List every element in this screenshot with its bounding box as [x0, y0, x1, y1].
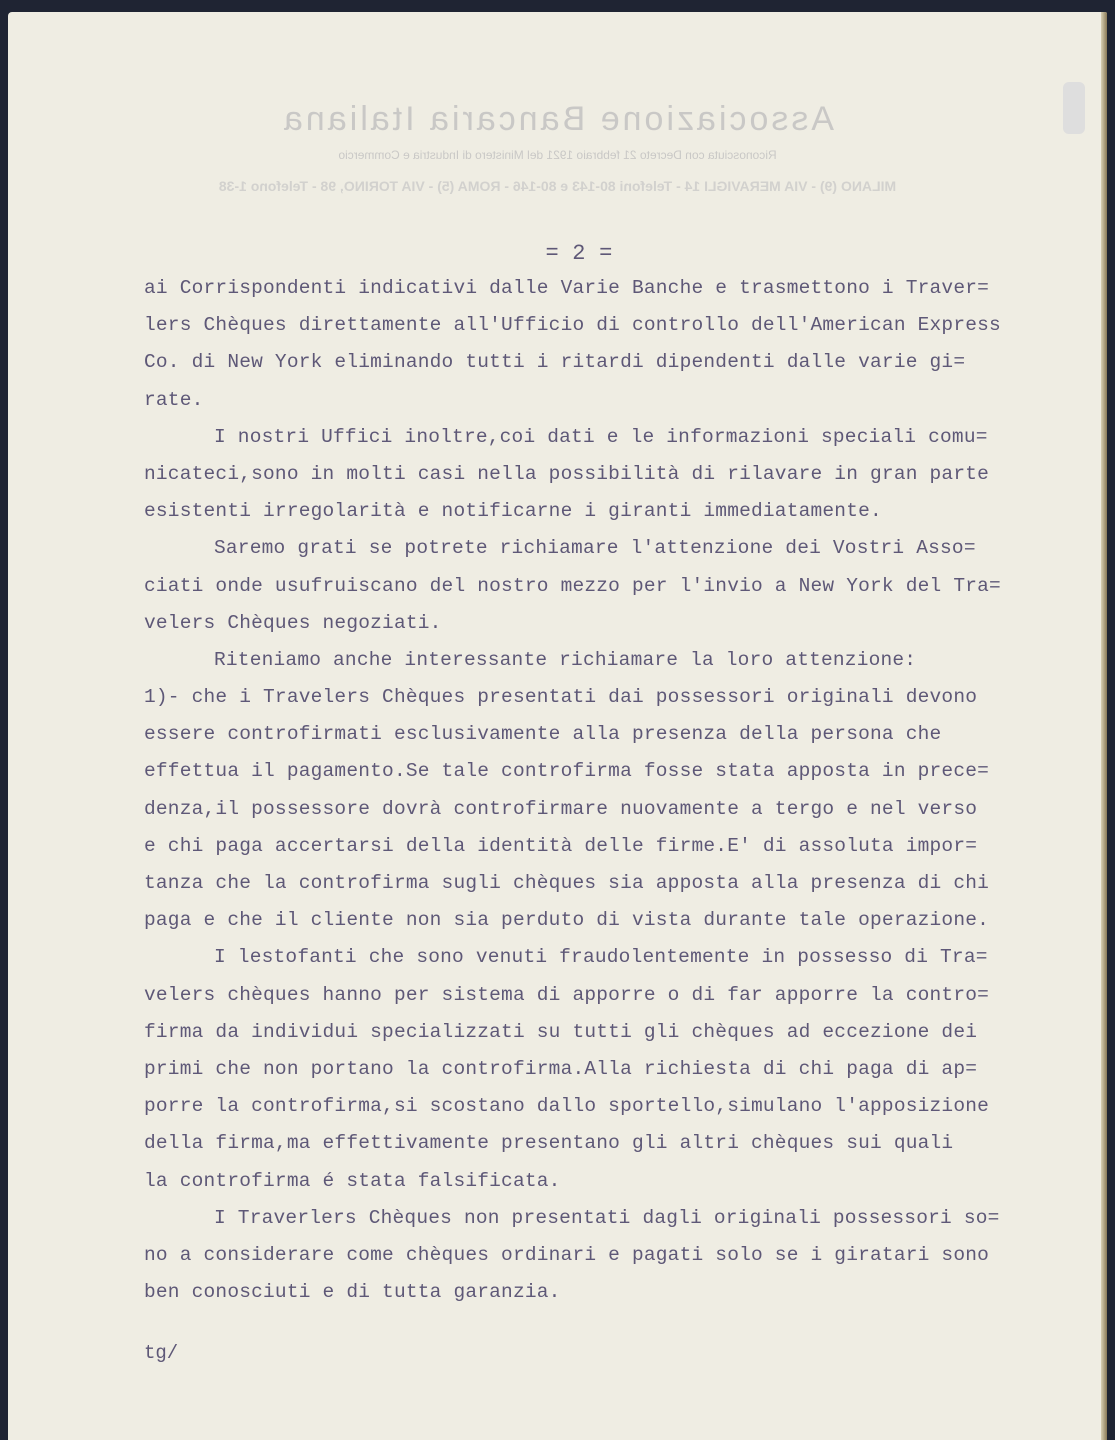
text-line: velers Chèques negoziati. — [144, 605, 1094, 642]
text-line: nicateci,sono in molti casi nella possib… — [144, 456, 1094, 493]
letterhead-address-show-through: MILANO (9) - VIA MERAVIGLI 14 - Telefoni… — [8, 178, 1107, 194]
page-edge — [1101, 12, 1107, 1440]
typist-initials: tg/ — [144, 1342, 178, 1364]
text-line: Co. di New York eliminando tutti i ritar… — [144, 344, 1094, 381]
text-line: Saremo grati se potrete richiamare l'att… — [144, 530, 1094, 567]
text-line: firma da individui specializzati su tutt… — [144, 1014, 1094, 1051]
text-line: la controfirma é stata falsificata. — [144, 1163, 1094, 1200]
text-line: I nostri Uffici inoltre,coi dati e le in… — [144, 419, 1094, 456]
text-line: 1)- che i Travelers Chèques presentati d… — [144, 679, 1094, 716]
text-line: essere controfirmati esclusivamente alla… — [144, 716, 1094, 753]
text-line: ai Corrispondenti indicativi dalle Varie… — [144, 270, 1094, 307]
letter-page: Associazione Bancaria Italiana Riconosci… — [8, 12, 1107, 1440]
text-line: Riteniamo anche interessante richiamare … — [144, 642, 1094, 679]
text-line: esistenti irregolarità e notificarne i g… — [144, 493, 1094, 530]
page-number: = 2 = — [104, 238, 1054, 270]
text-line: velers chèques hanno per sistema di appo… — [144, 977, 1094, 1014]
text-line: denza,il possessore dovrà controfirmare … — [144, 791, 1094, 828]
text-line: lers Chèques direttamente all'Ufficio di… — [144, 307, 1094, 344]
text-line: tanza che la controfirma sugli chèques s… — [144, 865, 1094, 902]
text-line: ben conosciuti e di tutta garanzia. — [144, 1274, 1094, 1311]
text-line: I lestofanti che sono venuti fraudolente… — [144, 939, 1094, 976]
letterhead-title-show-through: Associazione Bancaria Italiana — [8, 100, 1107, 139]
letterhead-subtitle-show-through: Riconosciuta con Decreto 21 febbraio 192… — [8, 148, 1107, 162]
text-line: della firma,ma effettivamente presentano… — [144, 1125, 1094, 1162]
text-line: primi che non portano la controfirma.All… — [144, 1051, 1094, 1088]
text-line: ciati onde usufruiscano del nostro mezzo… — [144, 568, 1094, 605]
letter-body: = 2 = ai Corrispondenti indicativi dalle… — [144, 238, 1094, 1311]
letter-lines: ai Corrispondenti indicativi dalle Varie… — [144, 270, 1094, 1311]
text-line: no a considerare come chèques ordinari e… — [144, 1237, 1094, 1274]
text-line: effettua il pagamento.Se tale controfirm… — [144, 753, 1094, 790]
text-line: paga e che il cliente non sia perduto di… — [144, 902, 1094, 939]
text-line: rate. — [144, 382, 1094, 419]
text-line: e chi paga accertarsi della identità del… — [144, 828, 1094, 865]
text-line: porre la controfirma,si scostano dallo s… — [144, 1088, 1094, 1125]
text-line: I Traverlers Chèques non presentati dagl… — [144, 1200, 1094, 1237]
